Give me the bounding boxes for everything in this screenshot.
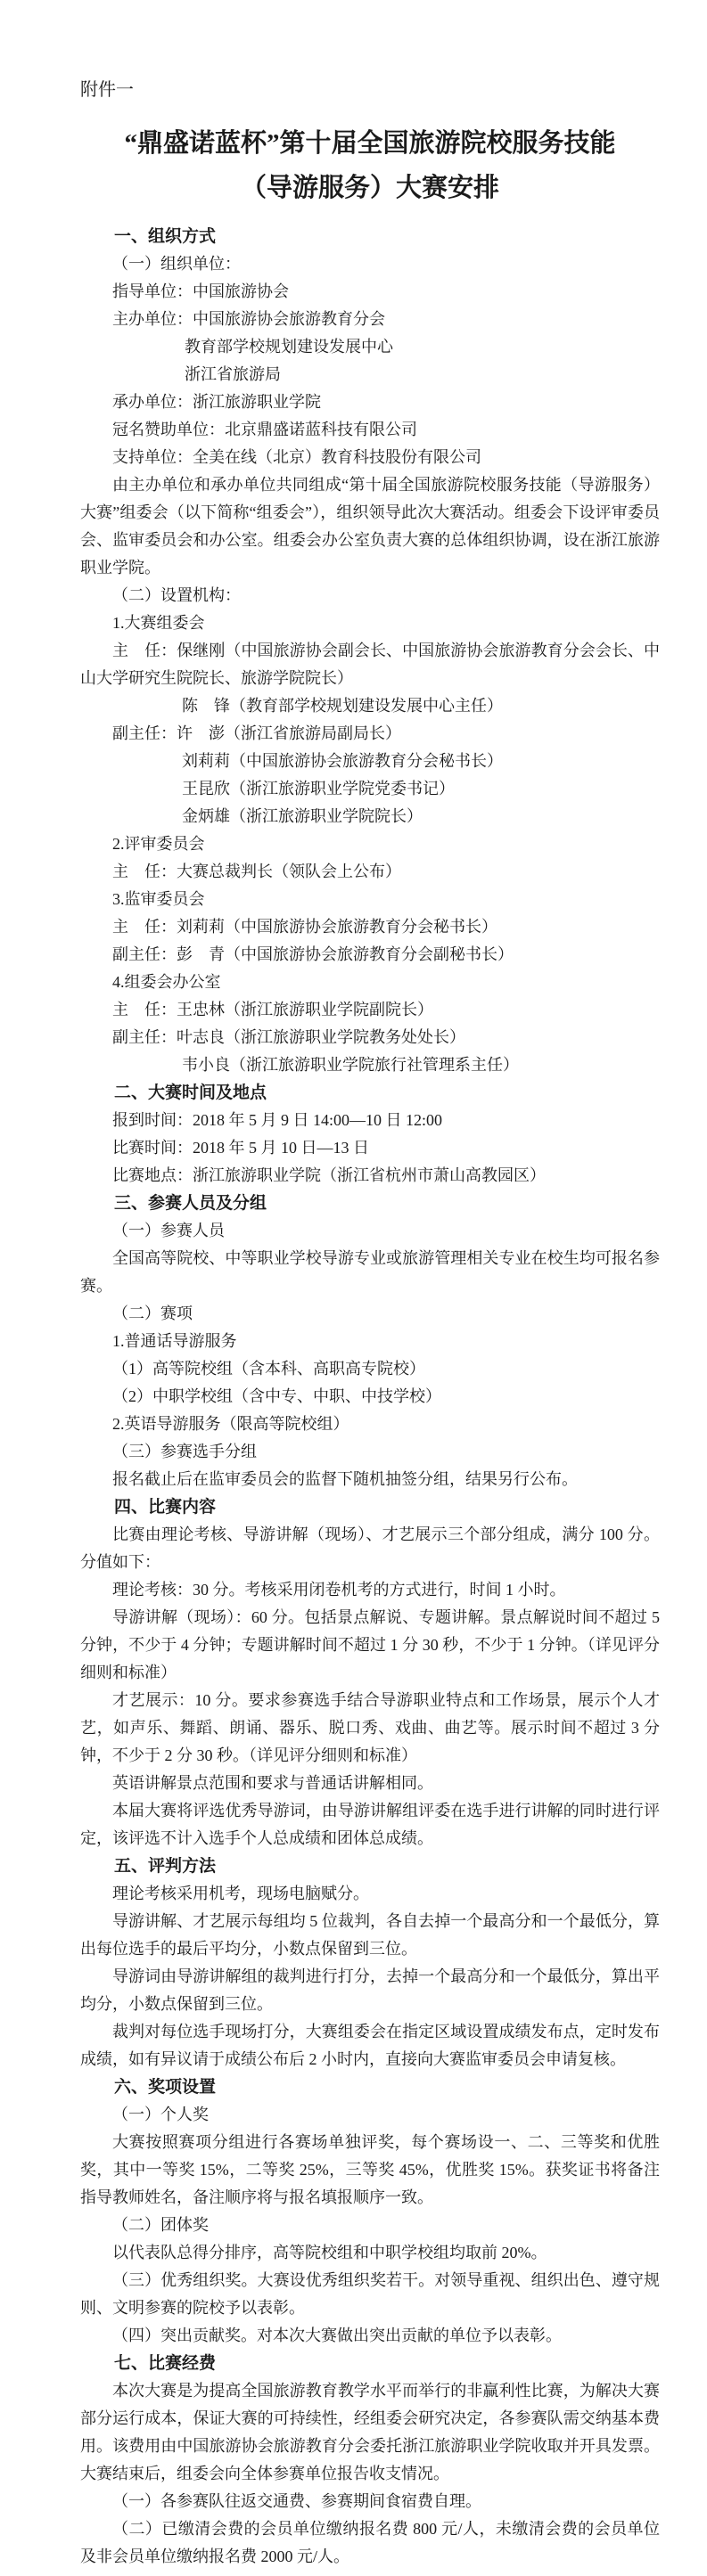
section-heading: 三、参赛人员及分组 <box>80 1190 660 1217</box>
doc-paragraph: 由主办单位和承办单位共同组成“第十届全国旅游院校服务技能（导游服务）大赛”组委会… <box>80 471 660 582</box>
section-heading: 四、比赛内容 <box>80 1493 660 1521</box>
doc-name-line: 刘莉莉（中国旅游协会旅游教育分会秘书长） <box>182 748 660 775</box>
doc-paragraph: （三）优秀组织奖。大赛设优秀组织奖若干。对领导重视、组织出色、遵守规则、文明参赛… <box>80 2267 660 2322</box>
doc-line: 副主任：彭 青（中国旅游协会旅游教育分会副秘书长） <box>80 941 660 969</box>
doc-line: （2）中职学校组（含中专、中职、中技学校） <box>80 1383 660 1411</box>
doc-line: 1.普通话导游服务 <box>80 1328 660 1355</box>
doc-continuation-line: 教育部学校规划建设发展中心 <box>185 333 660 361</box>
doc-line: （二）赛项 <box>80 1300 660 1328</box>
doc-paragraph: 本届大赛将评选优秀导游词，由导游讲解组评委在选手进行讲解的同时进行评定，该评选不… <box>80 1797 660 1852</box>
doc-line: 指导单位：中国旅游协会 <box>80 278 660 306</box>
doc-line: （二）设置机构： <box>80 582 660 609</box>
doc-paragraph: 报名截止后在监审委员会的监督下随机抽签分组，结果另行公布。 <box>80 1466 660 1493</box>
doc-paragraph: （一）各参赛队往返交通费、参赛期间食宿费自理。 <box>80 2488 660 2515</box>
doc-line: （一）个人奖 <box>80 2101 660 2129</box>
doc-title-line-1: “鼎盛诺蓝杯”第十届全国旅游院校服务技能 <box>80 121 660 166</box>
doc-line: 承办单位：浙江旅游职业学院 <box>80 388 660 416</box>
doc-paragraph: （四）突出贡献奖。对本次大赛做出突出贡献的单位予以表彰。 <box>80 2322 660 2350</box>
doc-line: （二）团体奖 <box>80 2212 660 2239</box>
doc-line: 主 任：王忠林（浙江旅游职业学院副院长） <box>80 996 660 1024</box>
doc-paragraph: 裁判对每位选手现场打分，大赛组委会在指定区域设置成绩发布点，定时发布成绩，如有异… <box>80 2018 660 2073</box>
doc-line: （一）组织单位： <box>80 250 660 278</box>
doc-paragraph: 全国高等院校、中等职业学校导游专业或旅游管理相关专业在校生均可报名参赛。 <box>80 1245 660 1300</box>
doc-paragraph: 导游讲解（现场）：60 分。包括景点解说、专题讲解。景点解说时间不超过 5 分钟… <box>80 1604 660 1687</box>
doc-paragraph: 才艺展示：10 分。要求参赛选手结合导游职业特点和工作场景，展示个人才艺，如声乐… <box>80 1687 660 1770</box>
doc-line: 副主任：许 澎（浙江省旅游局副局长） <box>80 720 660 748</box>
doc-name-line: 王昆欣（浙江旅游职业学院党委书记） <box>182 775 660 803</box>
section-heading: 六、奖项设置 <box>80 2073 660 2101</box>
doc-paragraph: （二）已缴清会费的会员单位缴纳报名费 800 元/人，未缴清会费的会员单位及非会… <box>80 2515 660 2571</box>
doc-line: 冠名赞助单位：北京鼎盛诺蓝科技有限公司 <box>80 416 660 444</box>
doc-line: （三）参赛选手分组 <box>80 1438 660 1466</box>
doc-line: （1）高等院校组（含本科、高职高专院校） <box>80 1355 660 1383</box>
doc-line: 4.组委会办公室 <box>80 969 660 996</box>
section-heading: 一、组织方式 <box>80 223 660 250</box>
doc-title: “鼎盛诺蓝杯”第十届全国旅游院校服务技能 （导游服务）大赛安排 <box>80 121 660 210</box>
doc-paragraph: 主 任：保继刚（中国旅游协会副会长、中国旅游协会旅游教育分会会长、中山大学研究生… <box>80 637 660 692</box>
doc-line: （一）参赛人员 <box>80 1217 660 1245</box>
section-heading: 五、评判方法 <box>80 1852 660 1880</box>
doc-name-line: 金炳雄（浙江旅游职业学院院长） <box>182 803 660 830</box>
document-page: 附件一 “鼎盛诺蓝杯”第十届全国旅游院校服务技能 （导游服务）大赛安排 一、组织… <box>0 0 707 2576</box>
section-heading: 二、大赛时间及地点 <box>80 1079 660 1107</box>
doc-line: 支持单位：全美在线（北京）教育科技股份有限公司 <box>80 444 660 471</box>
doc-paragraph: 理论考核采用机考，现场电脑赋分。 <box>80 1880 660 1908</box>
doc-title-line-2: （导游服务）大赛安排 <box>80 166 660 210</box>
doc-line: 比赛地点：浙江旅游职业学院（浙江省杭州市萧山高教园区） <box>80 1162 660 1190</box>
doc-line: 比赛时间：2018 年 5 月 10 日—13 日 <box>80 1134 660 1162</box>
doc-line: 副主任：叶志良（浙江旅游职业学院教务处处长） <box>80 1024 660 1051</box>
doc-line: 主 任：大赛总裁判长（领队会上公布） <box>80 858 660 886</box>
attachment-label: 附件一 <box>80 78 660 102</box>
doc-line: 2.英语导游服务（限高等院校组） <box>80 1411 660 1438</box>
doc-paragraph: 理论考核：30 分。考核采用闭卷机考的方式进行，时间 1 小时。 <box>80 1576 660 1604</box>
doc-line: 报到时间：2018 年 5 月 9 日 14:00—10 日 12:00 <box>80 1107 660 1134</box>
doc-paragraph: 导游讲解、才艺展示每组均 5 位裁判，各自去掉一个最高分和一个最低分，算出每位选… <box>80 1908 660 1963</box>
doc-line: 2.评审委员会 <box>80 830 660 858</box>
doc-name-line: 韦小良（浙江旅游职业学院旅行社管理系主任） <box>182 1051 660 1079</box>
doc-line: 1.大赛组委会 <box>80 609 660 637</box>
doc-paragraph: 比赛由理论考核、导游讲解（现场）、才艺展示三个部分组成，满分 100 分。分值如… <box>80 1521 660 1576</box>
doc-paragraph: 大赛按照赛项分组进行各赛场单独评奖，每个赛场设一、二、三等奖和优胜奖，其中一等奖… <box>80 2129 660 2212</box>
doc-line: 主 任：刘莉莉（中国旅游协会旅游教育分会秘书长） <box>80 913 660 941</box>
section-heading: 七、比赛经费 <box>80 2350 660 2377</box>
doc-continuation-line: 浙江省旅游局 <box>185 361 660 388</box>
doc-line: 3.监审委员会 <box>80 886 660 913</box>
doc-paragraph: 本次大赛是为提高全国旅游教育教学水平而举行的非赢利性比赛，为解决大赛部分运行成本… <box>80 2377 660 2488</box>
doc-paragraph: 以代表队总得分排序，高等院校组和中职学校组均取前 20%。 <box>80 2239 660 2267</box>
document-body: 一、组织方式（一）组织单位：指导单位：中国旅游协会主办单位：中国旅游协会旅游教育… <box>80 223 660 2571</box>
doc-name-line: 陈 锋（教育部学校规划建设发展中心主任） <box>182 692 660 720</box>
doc-paragraph: 导游词由导游讲解组的裁判进行打分，去掉一个最高分和一个最低分，算出平均分，小数点… <box>80 1963 660 2018</box>
doc-line: 主办单位：中国旅游协会旅游教育分会 <box>80 306 660 333</box>
doc-paragraph: 英语讲解景点范围和要求与普通话讲解相同。 <box>80 1770 660 1797</box>
